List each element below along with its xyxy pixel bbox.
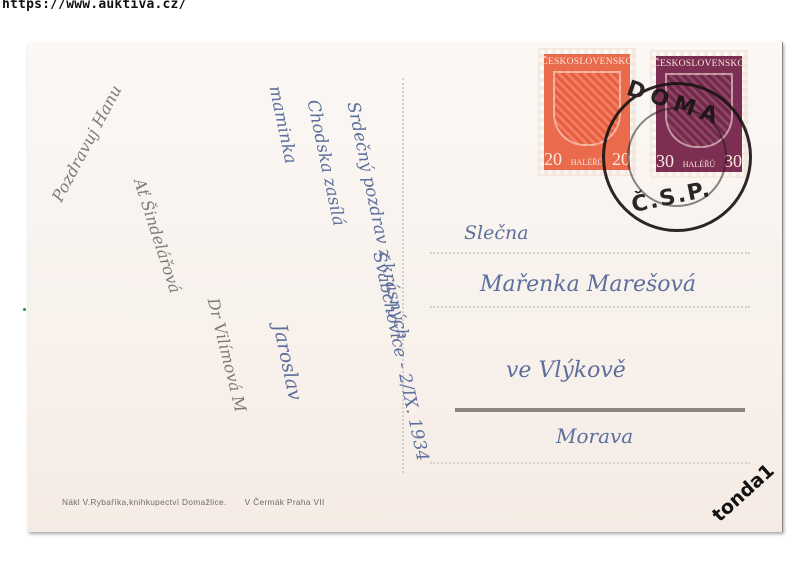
stamp-currency: HALÉŘŮ: [571, 158, 603, 167]
stamp-country: ČESKOSLOVENSKO: [653, 58, 744, 69]
address-town: ve Vlýkově: [506, 358, 626, 383]
address-name: Mařenka Marešová: [480, 272, 696, 297]
stamp-value-left: 20: [544, 149, 562, 170]
address-line-2: [430, 306, 750, 308]
postmark-cancellation: DOMA Č.S.P.: [602, 82, 752, 232]
address-line-3: [455, 408, 745, 412]
address-line-4: [430, 462, 750, 464]
address-salutation: Slečna: [464, 222, 529, 244]
source-url-caption: https://www.auktiva.cz/: [2, 0, 187, 12]
imprint-printer: V Čermák Praha VII: [245, 497, 325, 507]
imprint-publisher: Nákl V.Rybaříka,knihkupectví Domažlice.: [62, 497, 227, 507]
stamp-country: ČESKOSLOVENSKO: [541, 56, 632, 67]
address-line-1: [430, 252, 750, 254]
scan-artifact-dot: [23, 308, 26, 311]
address-region: Morava: [556, 424, 633, 448]
publisher-imprint: Nákl V.Rybaříka,knihkupectví Domažlice.V…: [62, 497, 325, 507]
